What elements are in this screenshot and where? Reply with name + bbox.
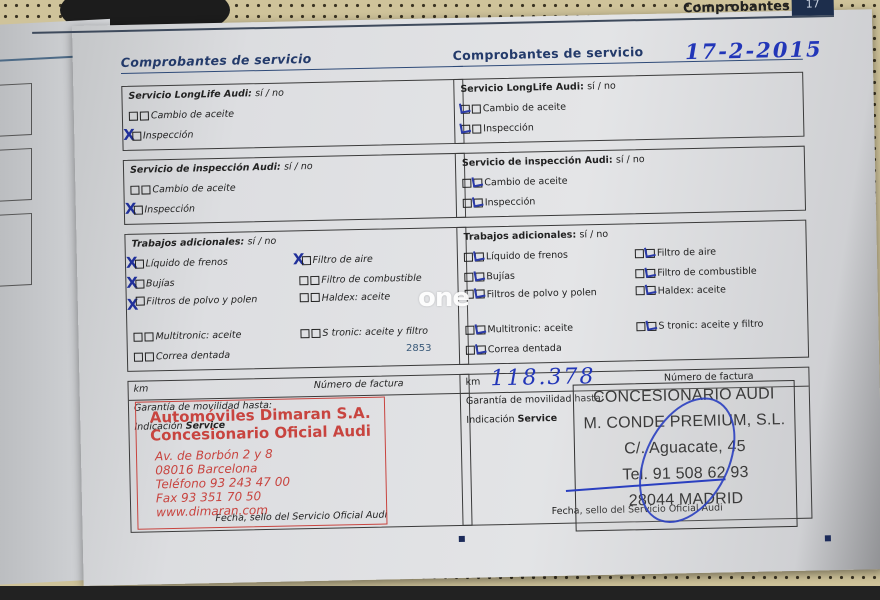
footer-box: kmNúmero de factura Garantía de movilida… [127, 374, 472, 533]
form-box-edge [0, 148, 32, 202]
checkbox-row[interactable]: Correa dentada [466, 336, 631, 359]
end-mark [825, 535, 831, 541]
checkbox-yes[interactable] [464, 272, 473, 281]
bottom-shadow [0, 586, 880, 600]
footer-box: km 118.378 Número de factura Garantía de… [459, 367, 812, 526]
longlife-box: Servicio LongLife Audi: sí / no Cambio d… [453, 72, 804, 144]
checkbox-row[interactable]: S tronic: aceite y filtro [300, 320, 461, 343]
checkbox-no[interactable] [475, 252, 484, 261]
checkbox-no[interactable] [141, 185, 150, 194]
inspection-box: Servicio de inspección Audi: sí / no Cam… [455, 146, 806, 218]
form-box-edge [0, 83, 32, 137]
watermark-logo: one [418, 283, 469, 313]
checkbox-yes[interactable] [300, 293, 309, 302]
checkbox-yes[interactable] [465, 325, 474, 334]
checkbox-no[interactable] [474, 198, 483, 207]
checkbox-row[interactable]: Filtros de polvo y polen [465, 283, 631, 319]
checkbox-no[interactable] [135, 297, 144, 306]
checkbox-no[interactable] [133, 205, 142, 214]
checkbox-yes[interactable] [636, 286, 645, 295]
checkbox-no[interactable] [311, 293, 320, 302]
checkbox-no[interactable] [310, 275, 319, 284]
page-header-title: Comprobantes [683, 0, 790, 16]
booklet-page: Comprobantes 17 Comprobantes de servicio… [72, 9, 880, 586]
checkbox-yes[interactable] [636, 322, 645, 331]
additional-work-box: Trabajos adicionales: sí / no Líquido de… [456, 220, 809, 365]
checkbox-yes[interactable] [464, 252, 473, 261]
longlife-box: Servicio LongLife Audi: sí / no Cambio d… [121, 79, 464, 151]
service-record-right: Comprobantes de servicio 17-2-2015 Servi… [453, 41, 813, 526]
checkbox-no[interactable] [472, 104, 481, 113]
handwritten-date: 17-2-2015 [685, 36, 823, 64]
checkbox-yes[interactable] [461, 124, 470, 133]
dealer-stamp: CONCESIONARIO AUDI M. CONDE PREMIUM, S.L… [573, 380, 798, 532]
checkbox-no[interactable] [477, 345, 486, 354]
checkbox-no[interactable] [472, 124, 481, 133]
checkbox-no[interactable] [311, 328, 320, 337]
checkbox-row[interactable]: Correa dentada [134, 343, 295, 366]
checkbox-yes[interactable] [133, 332, 142, 341]
checkbox-yes[interactable] [130, 185, 139, 194]
checkbox-no[interactable] [475, 272, 484, 281]
inspection-box: Servicio de inspección Audi: sí / no Cam… [123, 153, 466, 225]
checkbox-yes[interactable] [129, 111, 138, 120]
page-number: 17 [791, 0, 833, 16]
checkbox-yes[interactable] [300, 329, 309, 338]
checkbox-no[interactable] [646, 268, 655, 277]
dealer-stamp: Automóviles Dimaran S.A. Concesionario O… [135, 397, 388, 530]
checkbox-no[interactable] [473, 178, 482, 187]
section-title: Comprobantes de servicio [121, 48, 463, 74]
checkbox-yes[interactable] [462, 178, 471, 187]
checkbox-no[interactable] [647, 321, 656, 330]
checkbox-yes[interactable] [299, 276, 308, 285]
checkbox-no[interactable] [135, 279, 144, 288]
checkbox-no[interactable] [476, 325, 485, 334]
checkbox-yes[interactable] [463, 198, 472, 207]
checkbox-no[interactable] [144, 332, 153, 341]
checkbox-no[interactable] [646, 248, 655, 257]
checkbox-no[interactable] [140, 111, 149, 120]
checkbox-yes[interactable] [635, 269, 644, 278]
checkbox-no[interactable] [301, 256, 310, 265]
checkbox-row[interactable]: S tronic: aceite y filtro [636, 313, 801, 336]
checkbox-row[interactable]: Haldex: aceite [636, 280, 802, 316]
watermark-code: 2853 [406, 343, 431, 354]
checkbox-row[interactable]: XFiltros de polvo y polen [133, 290, 295, 326]
checkbox-yes[interactable] [635, 249, 644, 258]
end-mark [459, 536, 465, 542]
checkbox-yes[interactable] [134, 352, 143, 361]
section-title: Comprobantes de servicio 17-2-2015 [453, 41, 803, 67]
checkbox-no[interactable] [476, 289, 485, 298]
form-box-edge [0, 213, 32, 287]
checkbox-no[interactable] [145, 352, 154, 361]
checkbox-no[interactable] [647, 286, 656, 295]
checkbox-yes[interactable] [461, 104, 470, 113]
checkbox-no[interactable] [134, 259, 143, 268]
checkbox-no[interactable] [132, 131, 141, 140]
checkbox-yes[interactable] [466, 345, 475, 354]
